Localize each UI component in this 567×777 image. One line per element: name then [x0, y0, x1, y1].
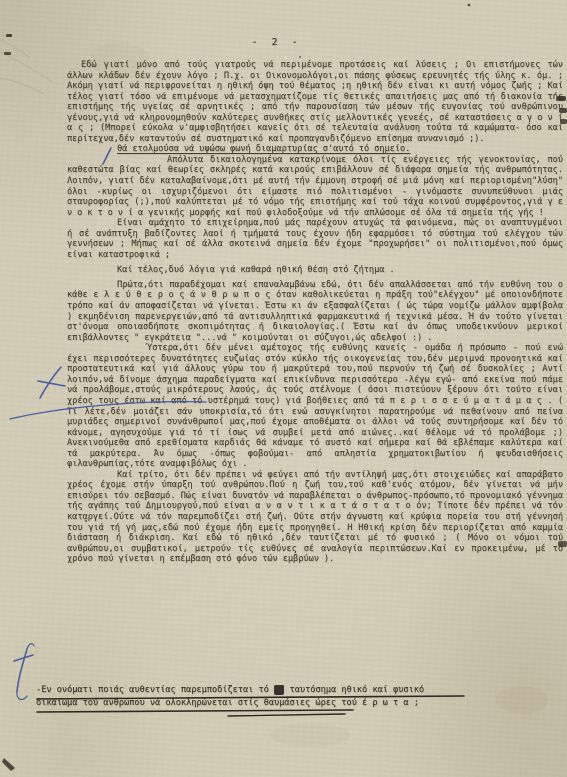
footnote-handwritten-emphasis: -Εν ονόματι ποιάς αυθεντίας παρεμποδίζετ…: [36, 684, 470, 710]
paragraph-protest-underlined: θά ετολμούσα νά υψώσω φωνή διαμαρτυρίας …: [117, 144, 563, 155]
page-number: - 2 -: [0, 37, 553, 48]
paragraph-birth-control: Είναι αμάχητο τό επιχείρημα,πού μάς παρέ…: [67, 218, 563, 260]
paragraph-second-point: Ύστερα,ότι δέν μένει αμέτοχος τής ευθύνη…: [67, 343, 563, 470]
typewritten-text-column: Εδώ γιατί μόνο από τούς γιατρούς νά περι…: [67, 60, 563, 565]
paragraph-why-only-doctors: Εδώ γιατί μόνο από τούς γιατρούς νά περι…: [67, 60, 563, 144]
crossed-out-word: ΧΧ: [274, 685, 284, 695]
footnote-text-before: Εν ονόματι ποιάς αυθεντίας παρεμποδίζετα…: [41, 685, 274, 695]
paragraph-third-point: Καί τρίτο, ότι δέν πρέπει νά φεύγει από …: [67, 470, 563, 565]
paragraph-ethical-intro: Καί τέλος,δυό λόγια γιά καθαρά ηθική θέσ…: [67, 265, 563, 276]
paragraph-genocide-condemn: Απόλυτα δικαιολογημένα κατακρίνομε όλοι …: [67, 155, 563, 218]
paragraph-first-point: Πρώτα,ότι παραδέχομαι καί επαναλαμβάνω ε…: [67, 280, 563, 343]
